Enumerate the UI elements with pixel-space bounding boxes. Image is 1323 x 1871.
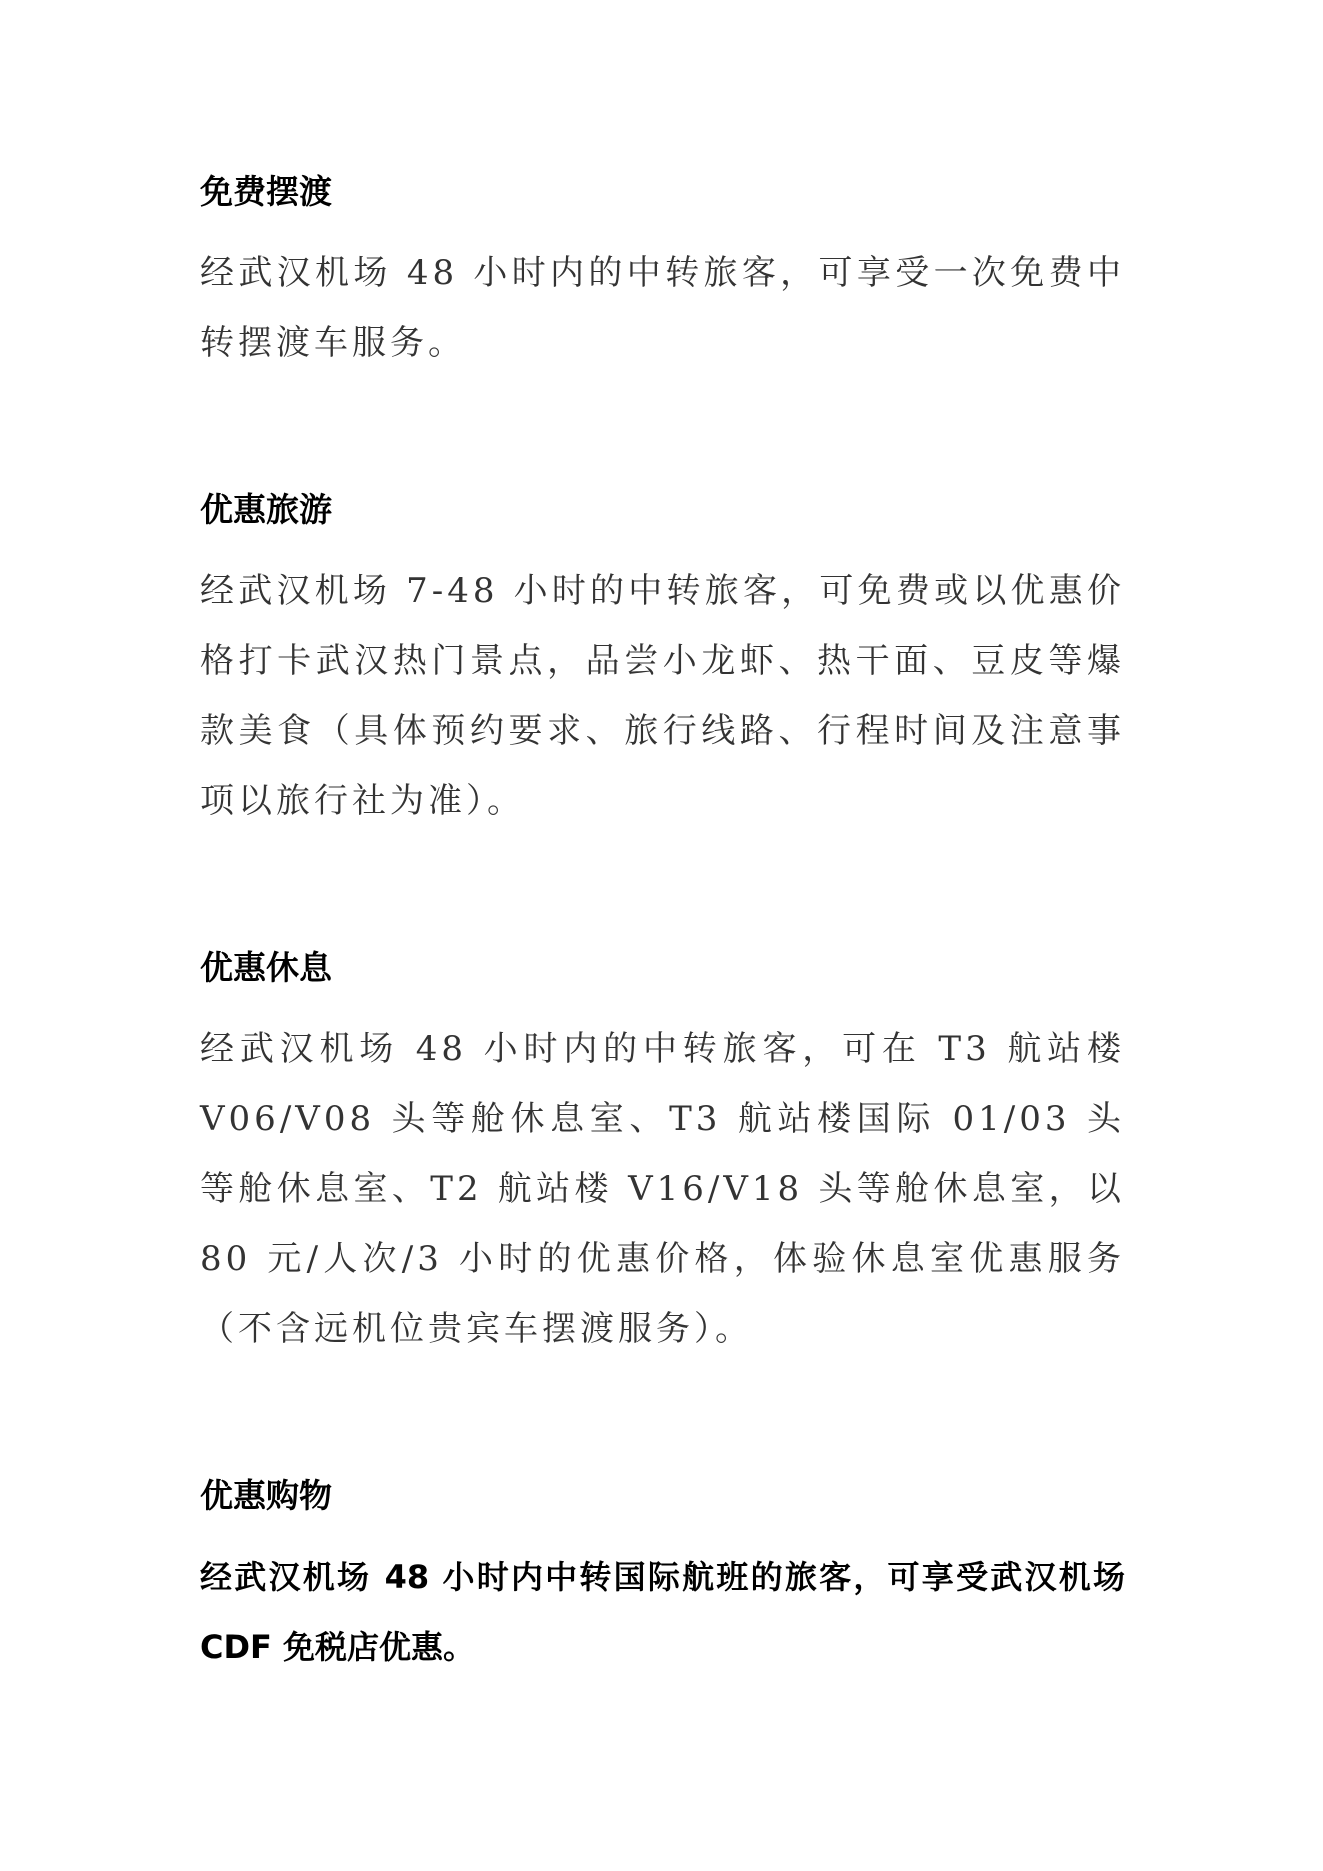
section-heading: 优惠休息 [200, 946, 1125, 990]
section-discount-tour: 优惠旅游 经武汉机场 7-48 小时的中转旅客，可免费或以优惠价格打卡武汉热门景… [200, 488, 1125, 836]
section-heading: 优惠购物 [200, 1474, 1125, 1518]
section-body: 经武汉机场 7-48 小时的中转旅客，可免费或以优惠价格打卡武汉热门景点，品尝小… [200, 556, 1125, 836]
section-free-shuttle: 免费摆渡 经武汉机场 48 小时内的中转旅客，可享受一次免费中转摆渡车服务。 [200, 170, 1125, 378]
section-body: 经武汉机场 48 小时内中转国际航班的旅客，可享受武汉机场 CDF 免税店优惠。 [200, 1542, 1125, 1682]
section-heading: 优惠旅游 [200, 488, 1125, 532]
section-heading: 免费摆渡 [200, 170, 1125, 214]
section-discount-lounge: 优惠休息 经武汉机场 48 小时内的中转旅客，可在 T3 航站楼 V06/V08… [200, 946, 1125, 1364]
section-body: 经武汉机场 48 小时内的中转旅客，可在 T3 航站楼 V06/V08 头等舱休… [200, 1014, 1125, 1364]
section-discount-shopping: 优惠购物 经武汉机场 48 小时内中转国际航班的旅客，可享受武汉机场 CDF 免… [200, 1474, 1125, 1682]
document-page: 免费摆渡 经武汉机场 48 小时内的中转旅客，可享受一次免费中转摆渡车服务。 优… [200, 170, 1125, 1682]
section-body: 经武汉机场 48 小时内的中转旅客，可享受一次免费中转摆渡车服务。 [200, 238, 1125, 378]
